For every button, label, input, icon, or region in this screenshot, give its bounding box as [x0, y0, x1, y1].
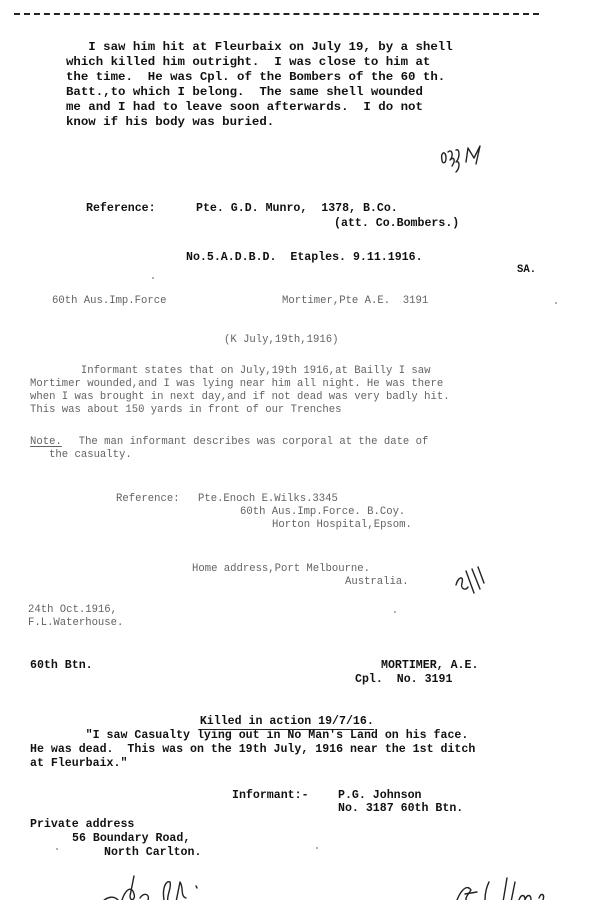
statement-line: Informant states that on July,19th 1916,… [30, 365, 431, 377]
private-address-label: Private address [30, 818, 134, 832]
signature-right-icon [455, 876, 565, 900]
date-header: (K July,19th,1916) [224, 334, 338, 346]
statement-line: This was about 150 yards in front of our… [30, 404, 342, 416]
informant-number: No. 3187 60th Btn. [338, 802, 463, 816]
depot-location-date: No.5.A.D.B.D. Etaples. 9.11.1916. [186, 251, 423, 265]
statement-line: Batt.,to which I belong. The same shell … [66, 85, 423, 100]
statement-line: the time. He was Cpl. of the Bombers of … [66, 70, 445, 85]
informant-name: P.G. Johnson [338, 789, 422, 803]
scan-speck [152, 277, 154, 279]
battalion-label: 60th Btn. [30, 659, 93, 673]
reference-label: Reference: [116, 493, 180, 505]
reference-name: Pte. G.D. Munro, 1378, B.Co. [196, 202, 398, 216]
unit-label: 60th Aus.Imp.Force [52, 295, 166, 307]
note-text-continued: the casualty. [30, 449, 132, 461]
reference-name: Pte.Enoch E.Wilks.3345 [198, 493, 338, 505]
reference-attachment: (att. Co.Bombers.) [334, 217, 459, 231]
note-text: The man informant describes was corporal… [66, 436, 428, 448]
home-address: Home address,Port Melbourne. [192, 563, 370, 575]
home-address-country: Australia. [345, 576, 409, 588]
statement-line: me and I had to leave soon afterwards. I… [66, 100, 423, 115]
quote-line: He was dead. This was on the 19th July, … [30, 743, 475, 757]
scan-speck [56, 848, 58, 850]
signature-left-icon [100, 874, 230, 900]
scan-speck [394, 611, 396, 613]
rank-number: Cpl. No. 3191 [355, 673, 452, 687]
note-label: Note. [30, 436, 62, 448]
soldier-name: MORTIMER, A.E. [381, 659, 478, 673]
handwritten-initials-icon [438, 142, 488, 176]
soldier-name-number: Mortimer,Pte A.E. 3191 [282, 295, 428, 307]
signed-by: F.L.Waterhouse. [28, 617, 123, 629]
statement-line: Mortimer wounded,and I was lying near hi… [30, 378, 443, 390]
scan-speck [316, 847, 318, 849]
statement-line: know if his body was buried. [66, 115, 274, 130]
statement-line: when I was brought in next day,and if no… [30, 391, 450, 403]
reference-unit: 60th Aus.Imp.Force. B.Coy. [240, 506, 405, 518]
handwritten-initials-icon [452, 565, 488, 597]
statement-line: which killed him outright. I was close t… [66, 55, 430, 70]
quote-line: at Fleurbaix." [30, 757, 127, 771]
date-signed: 24th Oct.1916, [28, 604, 117, 616]
reference-hospital: Horton Hospital,Epsom. [272, 519, 412, 531]
informant-label: Informant:- [232, 789, 309, 803]
sa-mark: SA. [517, 264, 536, 276]
scan-speck [555, 302, 557, 304]
top-dashed-rule [14, 13, 539, 15]
reference-label: Reference: [86, 202, 156, 216]
statement-line: I saw him hit at Fleurbaix on July 19, b… [66, 40, 453, 55]
quote-line: "I saw Casualty lying out in No Man's La… [30, 729, 468, 743]
address-line: North Carlton. [104, 846, 201, 860]
address-line: 56 Boundary Road, [72, 832, 190, 846]
status-heading-text: Killed in action 19/7/16. [200, 715, 374, 730]
scanned-document-page: I saw him hit at Fleurbaix on July 19, b… [0, 0, 600, 900]
